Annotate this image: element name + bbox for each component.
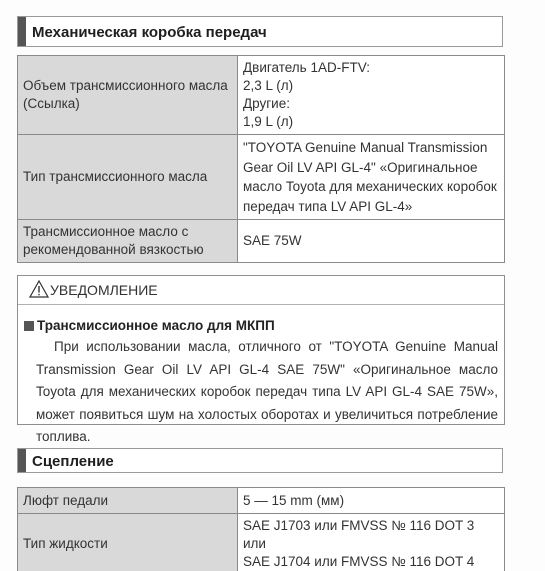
section-title: Механическая коробка передач: [32, 24, 267, 41]
row-key: Тип трансмиссионного масла: [18, 135, 238, 220]
value-line: Двигатель 1AD-FTV:: [243, 59, 499, 77]
table-row: Тип жидкости SAE J1703 или FMVSS № 116 D…: [18, 514, 505, 571]
value-line: 2,3 L (л): [243, 77, 499, 95]
row-value: Двигатель 1AD-FTV: 2,3 L (л) Другие: 1,9…: [238, 56, 505, 135]
value-line: SAE J1703 или FMVSS № 116 DOT 3 или: [243, 517, 499, 553]
table-row: Люфт педали 5 — 15 mm (мм): [18, 488, 505, 514]
notice-header: УВЕДОМЛЕНИЕ: [18, 276, 504, 305]
value-line: Другие:: [243, 95, 499, 113]
notice-title: УВЕДОМЛЕНИЕ: [50, 282, 158, 298]
value-line: SAE J1704 или FMVSS № 116 DOT 4: [243, 553, 499, 571]
table-row: Объем трансмиссионного масла (Ссылка) Дв…: [18, 56, 505, 135]
row-key: Трансмиссионное масло с рекомендованной …: [18, 220, 238, 263]
clutch-spec-table: Люфт педали 5 — 15 mm (мм) Тип жидкости …: [17, 487, 505, 571]
transmission-section-header: Механическая коробка передач: [17, 16, 503, 47]
section-marker: [18, 449, 26, 472]
table-row: Трансмиссионное масло с рекомендованной …: [18, 220, 505, 263]
row-value: 5 — 15 mm (мм): [238, 488, 505, 514]
notice-subtitle: Трансмиссионное масло для МКПП: [24, 318, 275, 333]
section-marker: [18, 17, 26, 46]
notice-subtitle-text: Трансмиссионное масло для МКПП: [37, 318, 275, 333]
table-row: Тип трансмиссионного масла "TOYOTA Genui…: [18, 135, 505, 220]
clutch-section-header: Сцепление: [17, 448, 503, 473]
section-title: Сцепление: [32, 453, 114, 470]
notice-body: При использовании масла, отличного от "T…: [36, 336, 498, 449]
notice-box: УВЕДОМЛЕНИЕ Трансмиссионное масло для МК…: [17, 275, 505, 425]
row-key: Люфт педали: [18, 488, 238, 514]
row-value: SAE 75W: [238, 220, 505, 263]
warning-triangle-icon: [29, 280, 49, 298]
value-line: 1,9 L (л): [243, 113, 499, 131]
row-value: SAE J1703 или FMVSS № 116 DOT 3 или SAE …: [238, 514, 505, 571]
transmission-spec-table: Объем трансмиссионного масла (Ссылка) Дв…: [17, 55, 505, 263]
row-key: Объем трансмиссионного масла (Ссылка): [18, 56, 238, 135]
row-key: Тип жидкости: [18, 514, 238, 571]
row-value: "TOYOTA Genuine Manual Transmission Gear…: [238, 135, 505, 220]
square-bullet-icon: [24, 321, 34, 331]
